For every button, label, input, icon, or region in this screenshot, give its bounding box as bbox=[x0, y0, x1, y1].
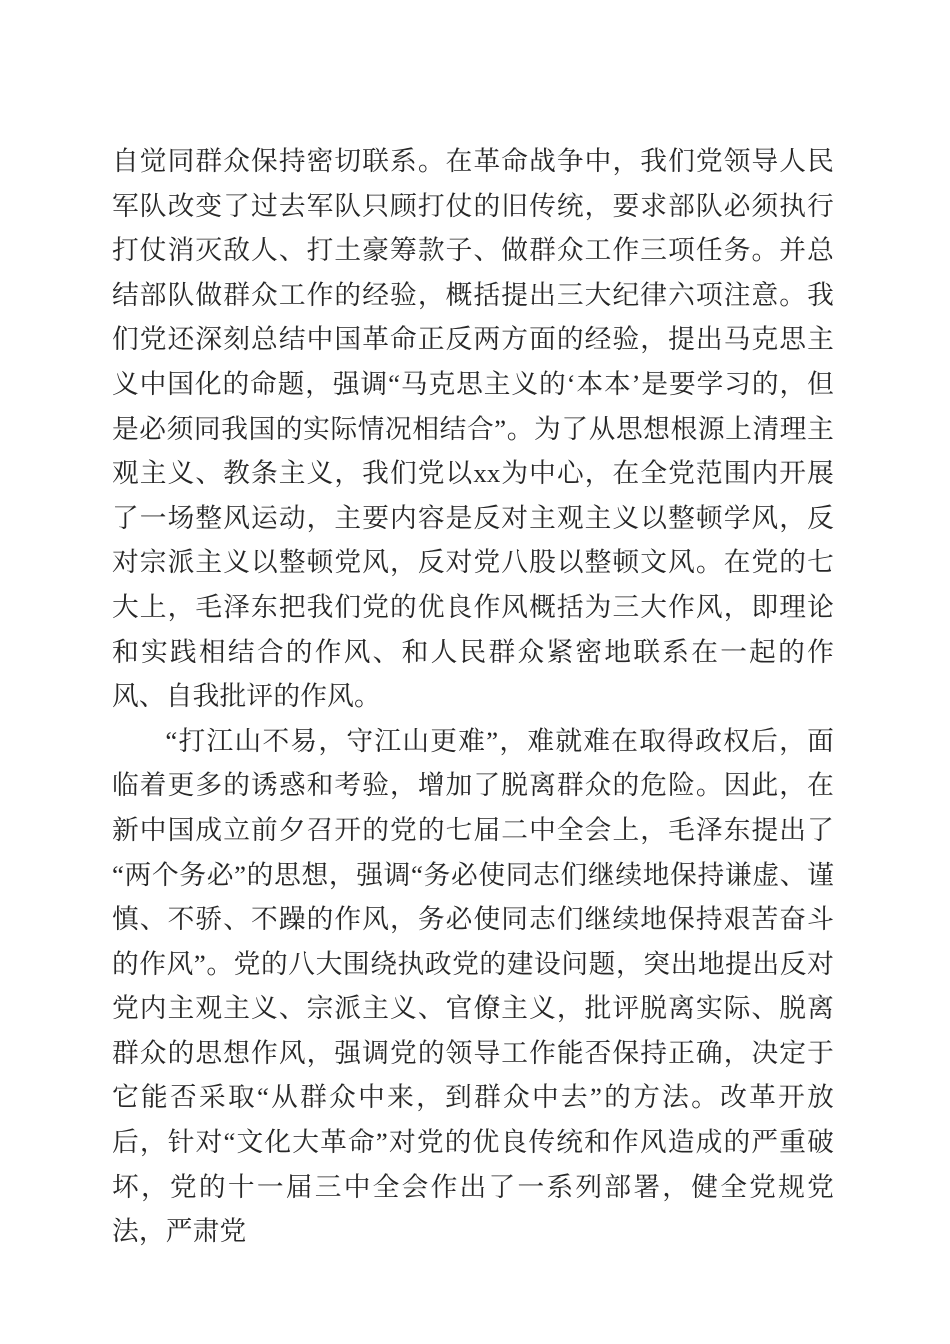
paragraph-second: “打江山不易，守江山更难”，难就难在取得政权后，面临着更多的诱惑和考验，增加了脱… bbox=[112, 719, 834, 1254]
document-page: 自觉同群众保持密切联系。在革命战争中，我们党领导人民军队改变了过去军队只顾打仗的… bbox=[0, 0, 950, 1344]
document-body: 自觉同群众保持密切联系。在革命战争中，我们党领导人民军队改变了过去军队只顾打仗的… bbox=[112, 139, 834, 1254]
paragraph-continuation: 自觉同群众保持密切联系。在革命战争中，我们党领导人民军队改变了过去军队只顾打仗的… bbox=[112, 139, 834, 719]
